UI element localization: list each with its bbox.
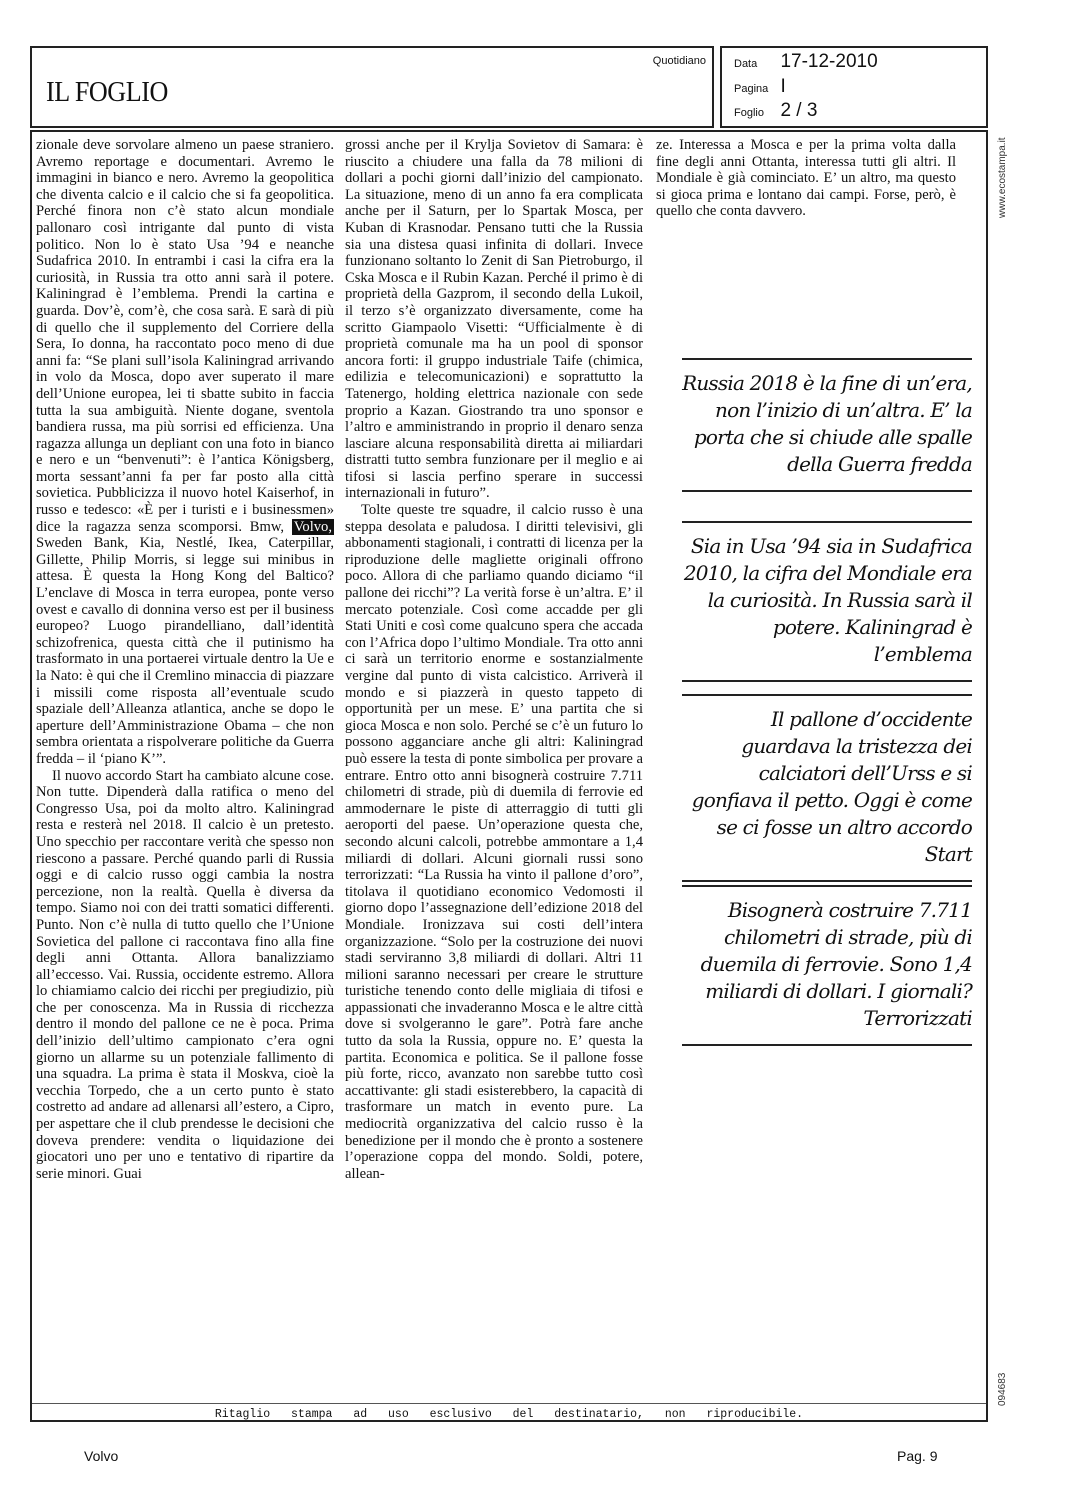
article-column-1: zionale deve sorvolare almeno un paese s… [36,137,334,1182]
pull-quote: Russia 2018 è la fine di un’era, non l’i… [682,358,972,492]
article-column-2: grossi anche per il Krylja Sovietov di S… [345,137,643,1182]
paragraph-text: zionale deve sorvolare almeno un paese s… [36,137,334,535]
highlighted-keyword: Volvo, [292,519,334,535]
sheet-label: Foglio [734,107,776,119]
article-column-3: ze. Interessa a Mosca e per la prima vol… [656,137,956,220]
paragraph: Il nuovo accordo Start ha cambiato alcun… [36,768,334,1183]
publication-kind: Quotidiano [653,55,706,67]
pull-quote: Il pallone d’occidente guardava la trist… [682,694,972,882]
date-value: 17-12-2010 [780,51,877,72]
page-number: Pag. 9 [897,1448,937,1464]
paragraph: grossi anche per il Krylja Sovietov di S… [345,137,643,502]
paragraph-text: Sweden Bank, Kia, Nestlé, Ikea, Caterpil… [36,535,334,767]
publication-title: IL FOGLIO [46,76,168,109]
paragraph: zionale deve sorvolare almeno un paese s… [36,137,334,768]
clipping-notice: Ritaglio stampa ad uso esclusivo del des… [32,1408,986,1421]
page-label: Pagina [734,83,776,95]
date-row: Data 17-12-2010 [734,51,878,73]
info-box: Data 17-12-2010 Pagina I Foglio 2 / 3 [720,46,988,128]
footer-divider [32,1403,986,1404]
paragraph: Tolte queste tre squadre, il calcio russ… [345,502,643,1182]
footer-keyword: Volvo [84,1448,118,1464]
pull-quote: Bisognerà costruire 7.711 chilometri di … [682,885,972,1046]
pull-quote: Sia in Usa ’94 sia in Sudafrica 2010, la… [682,521,972,682]
sheet-value: 2 / 3 [780,100,817,121]
website-label: www.ecostampa.it [997,137,1008,218]
paragraph: ze. Interessa a Mosca e per la prima vol… [656,137,956,220]
masthead-box: IL FOGLIO Quotidiano [30,46,714,128]
document-code: 094683 [997,1373,1008,1406]
page-row: Pagina I [734,76,786,98]
sheet-row: Foglio 2 / 3 [734,100,817,122]
page-value: I [780,76,785,97]
article-box: zionale deve sorvolare almeno un paese s… [30,130,988,1422]
date-label: Data [734,58,776,70]
